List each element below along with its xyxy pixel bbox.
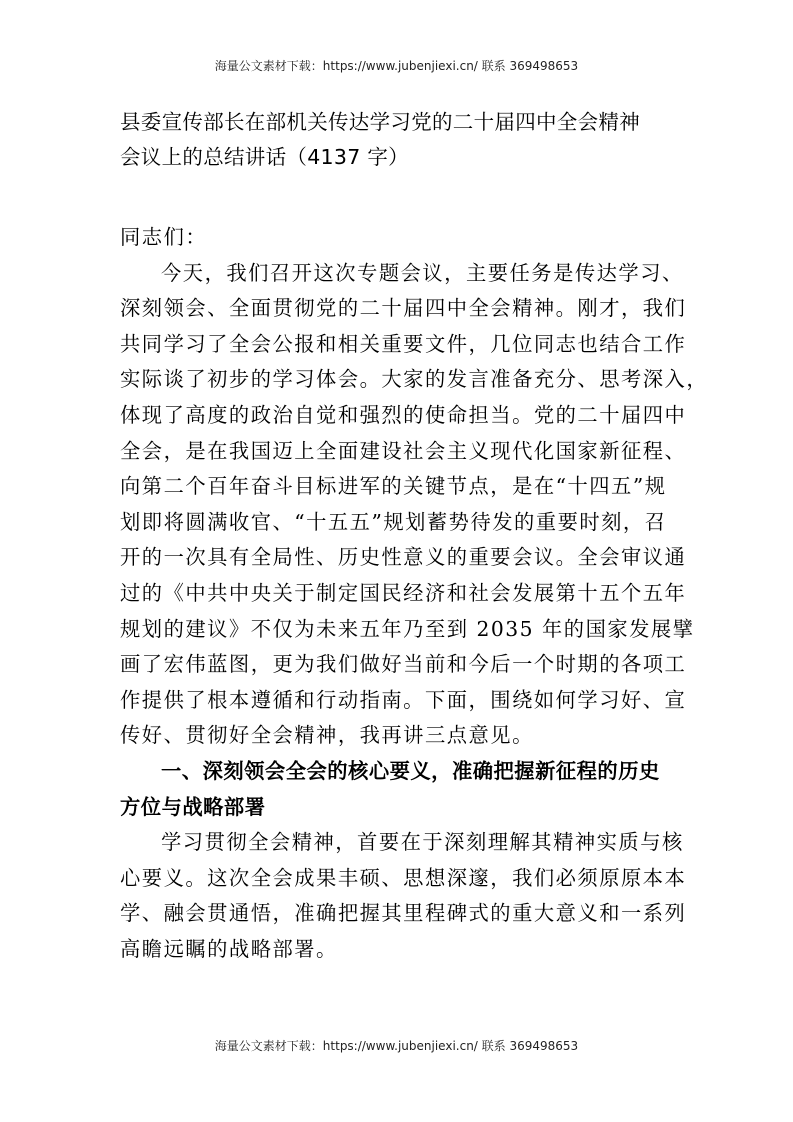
section-heading-1: 一、深刻领会全会的核心要义，准确把握新征程的历史 方位与战略部署 [120,754,690,825]
salutation: 同志们： [120,220,690,256]
paragraph-line: 学习贯彻全会精神，首要在于深刻理解其精神实质与核 [120,825,690,861]
paragraph-intro: 今天，我们召开这次专题会议，主要任务是传达学习、 深刻领会、全面贯彻党的二十届四… [120,256,690,754]
paragraph-line: 传好、贯彻好全会精神，我再讲三点意见。 [120,718,690,754]
paragraph-line: 实际谈了初步的学习体会。大家的发言准备充分、思考深入， [120,362,690,398]
heading-line: 一、深刻领会全会的核心要义，准确把握新征程的历史 [120,754,690,790]
document-title: 县委宣传部长在部机关传达学习党的二十届四中全会精神 会议上的总结讲话（4137 … [120,105,690,175]
paragraph-section-1: 学习贯彻全会精神，首要在于深刻理解其精神实质与核 心要义。这次全会成果丰硕、思想… [120,825,690,967]
paragraph-line: 全会，是在我国迈上全面建设社会主义现代化国家新征程、 [120,434,690,470]
page-header-watermark: 海量公文素材下载：https://www.jubenjiexi.cn/ 联系 3… [0,57,793,74]
paragraph-line: 今天，我们召开这次专题会议，主要任务是传达学习、 [120,256,690,292]
paragraph-line: 划即将圆满收官、“十五五”规划蓄势待发的重要时刻，召 [120,505,690,541]
document-body: 同志们： 今天，我们召开这次专题会议，主要任务是传达学习、 深刻领会、全面贯彻党… [120,220,690,967]
page-footer-watermark: 海量公文素材下载：https://www.jubenjiexi.cn/ 联系 3… [0,1037,793,1054]
paragraph-line: 作提供了根本遵循和行动指南。下面，围绕如何学习好、宣 [120,683,690,719]
paragraph-line: 体现了高度的政治自觉和强烈的使命担当。党的二十届四中 [120,398,690,434]
heading-line: 方位与战略部署 [120,790,690,826]
paragraph-line: 学、融会贯通悟，准确把握其里程碑式的重大意义和一系列 [120,896,690,932]
paragraph-line: 向第二个百年奋斗目标进军的关键节点，是在“十四五”规 [120,469,690,505]
title-line-2: 会议上的总结讲话（4137 字） [120,140,690,175]
title-line-1: 县委宣传部长在部机关传达学习党的二十届四中全会精神 [120,105,690,140]
paragraph-line: 高瞻远瞩的战略部署。 [120,932,690,968]
paragraph-line: 规划的建议》不仅为未来五年乃至到 2035 年的国家发展擘 [120,612,690,648]
paragraph-line: 心要义。这次全会成果丰硕、思想深邃，我们必须原原本本 [120,861,690,897]
paragraph-line: 共同学习了全会公报和相关重要文件，几位同志也结合工作 [120,327,690,363]
paragraph-line: 过的《中共中央关于制定国民经济和社会发展第十五个五年 [120,576,690,612]
paragraph-line: 深刻领会、全面贯彻党的二十届四中全会精神。刚才，我们 [120,291,690,327]
paragraph-line: 画了宏伟蓝图，更为我们做好当前和今后一个时期的各项工 [120,647,690,683]
paragraph-line: 开的一次具有全局性、历史性意义的重要会议。全会审议通 [120,540,690,576]
